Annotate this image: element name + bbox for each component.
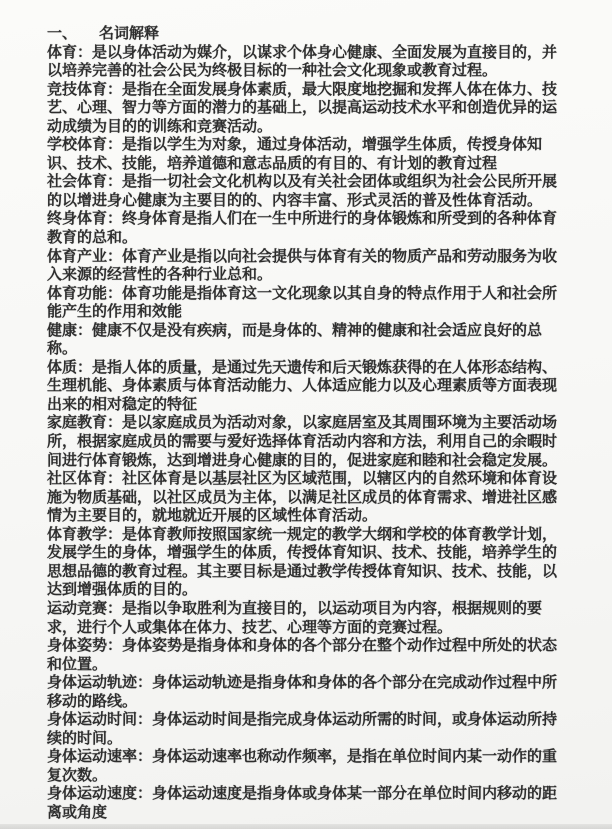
term-separator: ：: [107, 637, 122, 654]
term: 身体运动速率: [47, 748, 137, 765]
definition-entry: 身体运动时间：身体运动时间是指完成身体运动所需的时间，或身体运动所持续的时间。: [47, 711, 570, 748]
definition-entry: 竞技体育：是指在全面发展身体素质，最大限度地挖掘和发挥人体在体力、技艺、心理、智…: [47, 81, 570, 137]
term: 身体运动速度: [47, 785, 137, 802]
term-separator: ：: [77, 44, 92, 61]
definition-entry: 身体运动轨迹：身体运动轨迹是指身体和身体的各个部分在完成动作过程中所移动的路线。: [47, 674, 570, 711]
page-bottom-edge: [0, 824, 612, 829]
document-content: 一、名词解释 体育：是以身体活动为媒介，以谋求个体身心健康、全面发展为直接目的，…: [47, 25, 570, 823]
term-separator: ：: [107, 210, 122, 227]
term: 社会体育: [47, 173, 107, 190]
definition-entry: 体育：是以身体活动为媒介，以谋求个体身心健康、全面发展为直接目的，并以培养完善的…: [47, 44, 570, 81]
definition-list: 体育：是以身体活动为媒介，以谋求个体身心健康、全面发展为直接目的，并以培养完善的…: [47, 44, 570, 823]
term-separator: ：: [137, 785, 152, 802]
term-separator: ：: [107, 248, 122, 265]
definition-entry: 体育功能：体育功能是指体育这一文化现象以其自身的特点作用于人和社会所能产生的作用…: [47, 285, 570, 322]
definition: 是以身体活动为媒介，以谋求个体身心健康、全面发展为直接目的，并以培养完善的社会公…: [47, 44, 557, 80]
term: 竞技体育: [47, 81, 107, 98]
definition: 是指以学生为对象，通过身体活动，增强学生体质，传授身体知识、技术、技能，培养道德…: [47, 136, 542, 172]
heading-title: 名词解释: [99, 25, 159, 42]
term: 社区体育: [47, 470, 107, 487]
term-separator: ：: [137, 674, 152, 691]
definition: 是以家庭成员为活动对象，以家庭居室及其周围环境为主要活动场所，根据家庭成员的需要…: [47, 414, 557, 468]
definition-entry: 体育产业：体育产业是指以向社会提供与体育有关的物质产品和劳动服务为收入来源的经营…: [47, 248, 570, 285]
term: 体育产业: [47, 248, 107, 265]
document-page: 一、名词解释 体育：是以身体活动为媒介，以谋求个体身心健康、全面发展为直接目的，…: [0, 0, 612, 829]
term: 终身体育: [47, 210, 107, 227]
definition-entry: 身体姿势：身体姿势是指身体和身体的各个部分在整个动作过程中所处的状态和位置。: [47, 637, 570, 674]
definition: 终身体育是指人们在一生中所进行的身体锻炼和所受到的各种体育教育的总和。: [47, 210, 557, 246]
heading-list-marker: 一、: [47, 25, 77, 44]
definition-entry: 社会体育：是指一切社会文化机构以及有关社会团体或组织为社会公民所开展的以增进身心…: [47, 173, 570, 210]
definition-entry: 体质：是指人体的质量，是通过先天遗传和后天锻炼获得的在人体形态结构、生理机能、身…: [47, 359, 570, 415]
term: 体育教学: [47, 526, 107, 543]
term-separator: ：: [107, 285, 122, 302]
definition-entry: 终身体育：终身体育是指人们在一生中所进行的身体锻炼和所受到的各种体育教育的总和。: [47, 210, 570, 247]
term: 运动竞赛: [47, 600, 107, 617]
term: 身体运动时间: [47, 711, 137, 728]
term-separator: ：: [77, 359, 92, 376]
definition-entry: 社区体育：社区体育是以基层社区为区域范围，以辖区内的自然环境和体育设施为物质基础…: [47, 470, 570, 526]
definition: 是指一切社会文化机构以及有关社会团体或组织为社会公民所开展的以增进身心健康为主要…: [47, 173, 557, 209]
term: 家庭教育: [47, 414, 107, 431]
definition-entry: 身体运动速率：身体运动速率也称动作频率，是指在单位时间内某一动作的重复次数。: [47, 748, 570, 785]
definition: 是指以争取胜利为直接目的，以运动项目为内容，根据规则的要求，进行个人或集体在体力…: [47, 600, 542, 636]
term-separator: ：: [77, 322, 92, 339]
term-separator: ：: [107, 470, 122, 487]
term: 体育: [47, 44, 77, 61]
term-separator: ：: [107, 526, 122, 543]
term: 身体姿势: [47, 637, 107, 654]
term: 身体运动轨迹: [47, 674, 137, 691]
term-separator: ：: [137, 711, 152, 728]
section-heading: 一、名词解释: [47, 25, 570, 44]
definition-entry: 健康：健康不仅是没有疾病，而是身体的、精神的健康和社会适应良好的总称。: [47, 322, 570, 359]
definition-entry: 运动竞赛：是指以争取胜利为直接目的，以运动项目为内容，根据规则的要求，进行个人或…: [47, 600, 570, 637]
term-separator: ：: [107, 81, 122, 98]
definition: 健康不仅是没有疾病，而是身体的、精神的健康和社会适应良好的总称。: [47, 322, 542, 358]
term-separator: ：: [107, 136, 122, 153]
term-separator: ：: [107, 173, 122, 190]
definition: 体育功能是指体育这一文化现象以其自身的特点作用于人和社会所能产生的作用和效能: [47, 285, 557, 321]
definition-entry: 身体运动速度：身体运动速度是指身体或身体某一部分在单位时间内移动的距离或角度: [47, 785, 570, 822]
term-separator: ：: [107, 600, 122, 617]
definition: 是指在全面发展身体素质，最大限度地挖掘和发挥人体在体力、技艺、心理、智力等方面的…: [47, 81, 557, 135]
definition-entry: 体育教学：是体育教师按照国家统一规定的教学大纲和学校的体育教学计划，发展学生的身…: [47, 526, 570, 600]
definition: 社区体育是以基层社区为区域范围，以辖区内的自然环境和体育设施为物质基础，以社区成…: [47, 470, 557, 524]
definition: 是指人体的质量，是通过先天遗传和后天锻炼获得的在人体形态结构、生理机能、身体素质…: [47, 359, 557, 413]
term: 健康: [47, 322, 77, 339]
term-separator: ：: [107, 414, 122, 431]
definition: 体育产业是指以向社会提供与体育有关的物质产品和劳动服务为收入来源的经营性的各种行…: [47, 248, 557, 284]
definition-entry: 学校体育：是指以学生为对象，通过身体活动，增强学生体质，传授身体知识、技术、技能…: [47, 136, 570, 173]
definition-entry: 家庭教育：是以家庭成员为活动对象，以家庭居室及其周围环境为主要活动场所，根据家庭…: [47, 414, 570, 470]
definition: 身体姿势是指身体和身体的各个部分在整个动作过程中所处的状态和位置。: [47, 637, 557, 673]
term-separator: ：: [137, 748, 152, 765]
definition: 是体育教师按照国家统一规定的教学大纲和学校的体育教学计划，发展学生的身体，增强学…: [47, 526, 557, 599]
term: 学校体育: [47, 136, 107, 153]
term: 体育功能: [47, 285, 107, 302]
term: 体质: [47, 359, 77, 376]
